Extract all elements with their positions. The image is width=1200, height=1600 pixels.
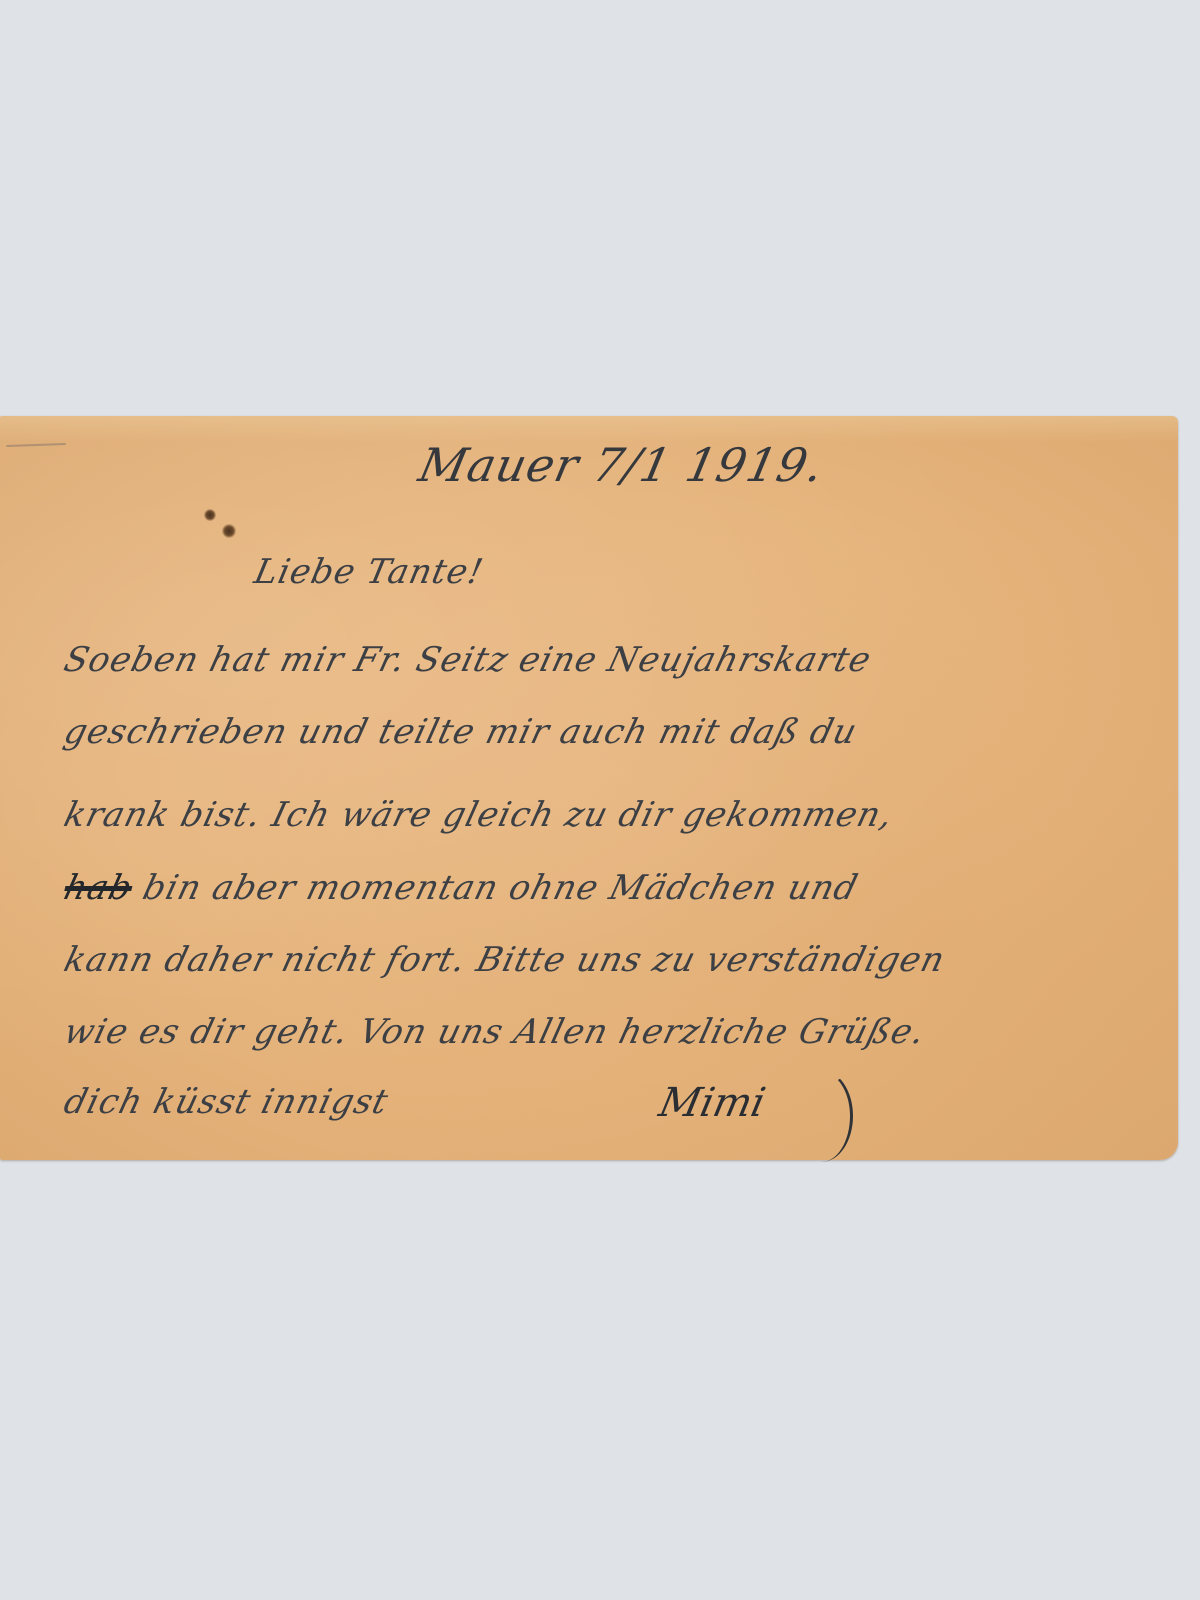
body-line: kann daher nicht fort. Bitte uns zu vers…: [60, 940, 949, 980]
ink-stain: [222, 524, 236, 538]
body-line-text: bin aber momentan ohne Mädchen und: [127, 868, 862, 908]
body-line-text: dich küsst innigst: [60, 1082, 393, 1122]
ink-stain: [204, 509, 216, 521]
body-line: geschrieben und teilte mir auch mit daß …: [60, 712, 861, 752]
body-line: hab bin aber momentan ohne Mädchen und: [60, 868, 862, 908]
body-line-text: geschrieben und teilte mir auch mit daß …: [60, 712, 861, 752]
date-line: Mauer 7/1 1919.: [414, 438, 829, 492]
signature-flourish: [790, 1070, 853, 1162]
struck-word: hab: [60, 868, 137, 908]
body-line: Soeben hat mir Fr. Seitz eine Neujahrska…: [60, 640, 876, 680]
salutation: Liebe Tante!: [251, 552, 487, 592]
body-line-text: kann daher nicht fort. Bitte uns zu vers…: [60, 940, 949, 980]
body-line: krank bist. Ich wäre gleich zu dir gekom…: [60, 795, 897, 835]
body-line-text: wie es dir geht. Von uns Allen herzliche…: [60, 1012, 930, 1052]
body-line-text: Soeben hat mir Fr. Seitz eine Neujahrska…: [60, 640, 876, 680]
body-line: wie es dir geht. Von uns Allen herzliche…: [60, 1012, 930, 1052]
body-line-text: krank bist. Ich wäre gleich zu dir gekom…: [60, 795, 897, 835]
body-line: dich küsst innigst: [60, 1082, 393, 1122]
signature: Mimi: [655, 1080, 769, 1126]
